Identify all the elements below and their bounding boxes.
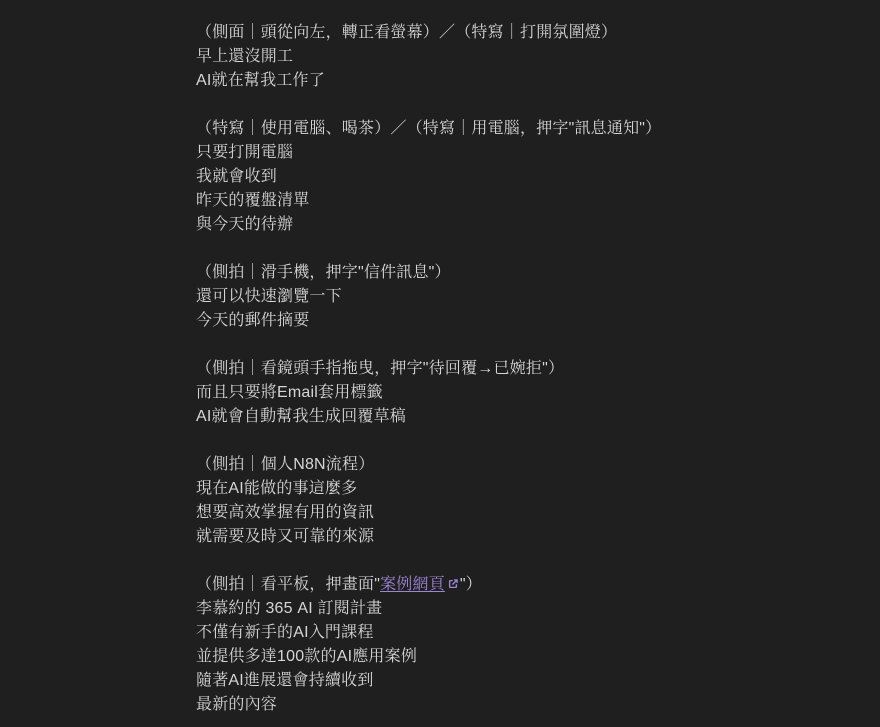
case-page-link-label: 案例網頁 — [380, 576, 445, 593]
script-line: 早上還沒開工 — [196, 45, 860, 69]
blank-line — [196, 237, 860, 261]
script-line: 隨著AI進展還會持續收到 — [196, 669, 860, 693]
script-line: 今天的郵件摘要 — [196, 309, 860, 333]
scene-direction: （側拍｜滑手機，押字"信件訊息"） — [196, 261, 860, 285]
blank-line — [196, 429, 860, 453]
script-line: AI就會自動幫我生成回覆草稿 — [196, 405, 860, 429]
script-line: 並提供多達100款的AI應用案例 — [196, 645, 860, 669]
script-line: 昨天的覆盤清單 — [196, 189, 860, 213]
external-link-icon — [447, 578, 459, 590]
scene-direction: （側拍｜看鏡頭手指拖曳，押字"待回覆→已婉拒"） — [196, 357, 860, 381]
script-blocks: （側面｜頭從向左，轉正看螢幕）／（特寫｜打開氛圍燈）早上還沒開工AI就在幫我工作… — [196, 21, 860, 717]
scene-direction: （側面｜頭從向左，轉正看螢幕）／（特寫｜打開氛圍燈） — [196, 21, 860, 45]
script-line: 與今天的待辦 — [196, 213, 860, 237]
script-line: 李慕約的 365 AI 訂閱計畫 — [196, 597, 860, 621]
script-line: 我就會收到 — [196, 165, 860, 189]
blank-line — [196, 93, 860, 117]
script-line: 只要打開電腦 — [196, 141, 860, 165]
scene-direction: （側拍｜個人N8N流程） — [196, 453, 860, 477]
direction-text-prefix: （側拍｜看平板，押畫面" — [196, 576, 380, 593]
scene-direction: （特寫｜使用電腦、喝茶）／（特寫｜用電腦，押字"訊息通知"） — [196, 117, 860, 141]
script-line: 就需要及時又可靠的來源 — [196, 525, 860, 549]
scene-direction: （側拍｜看平板，押畫面"案例網頁"） — [196, 573, 860, 597]
script-document: （側面｜頭從向左，轉正看螢幕）／（特寫｜打開氛圍燈）早上還沒開工AI就在幫我工作… — [0, 0, 880, 727]
script-line: 想要高效掌握有用的資訊 — [196, 501, 860, 525]
case-page-link[interactable]: 案例網頁 — [380, 576, 460, 593]
blank-line — [196, 549, 860, 573]
script-line: 現在AI能做的事這麼多 — [196, 477, 860, 501]
script-line: AI就在幫我工作了 — [196, 69, 860, 93]
script-line: 最新的內容 — [196, 693, 860, 717]
script-line: 不僅有新手的AI入門課程 — [196, 621, 860, 645]
script-line: 而且只要將Email套用標籤 — [196, 381, 860, 405]
script-line: 還可以快速瀏覽一下 — [196, 285, 860, 309]
blank-line — [196, 333, 860, 357]
direction-text-suffix: "） — [460, 576, 482, 593]
